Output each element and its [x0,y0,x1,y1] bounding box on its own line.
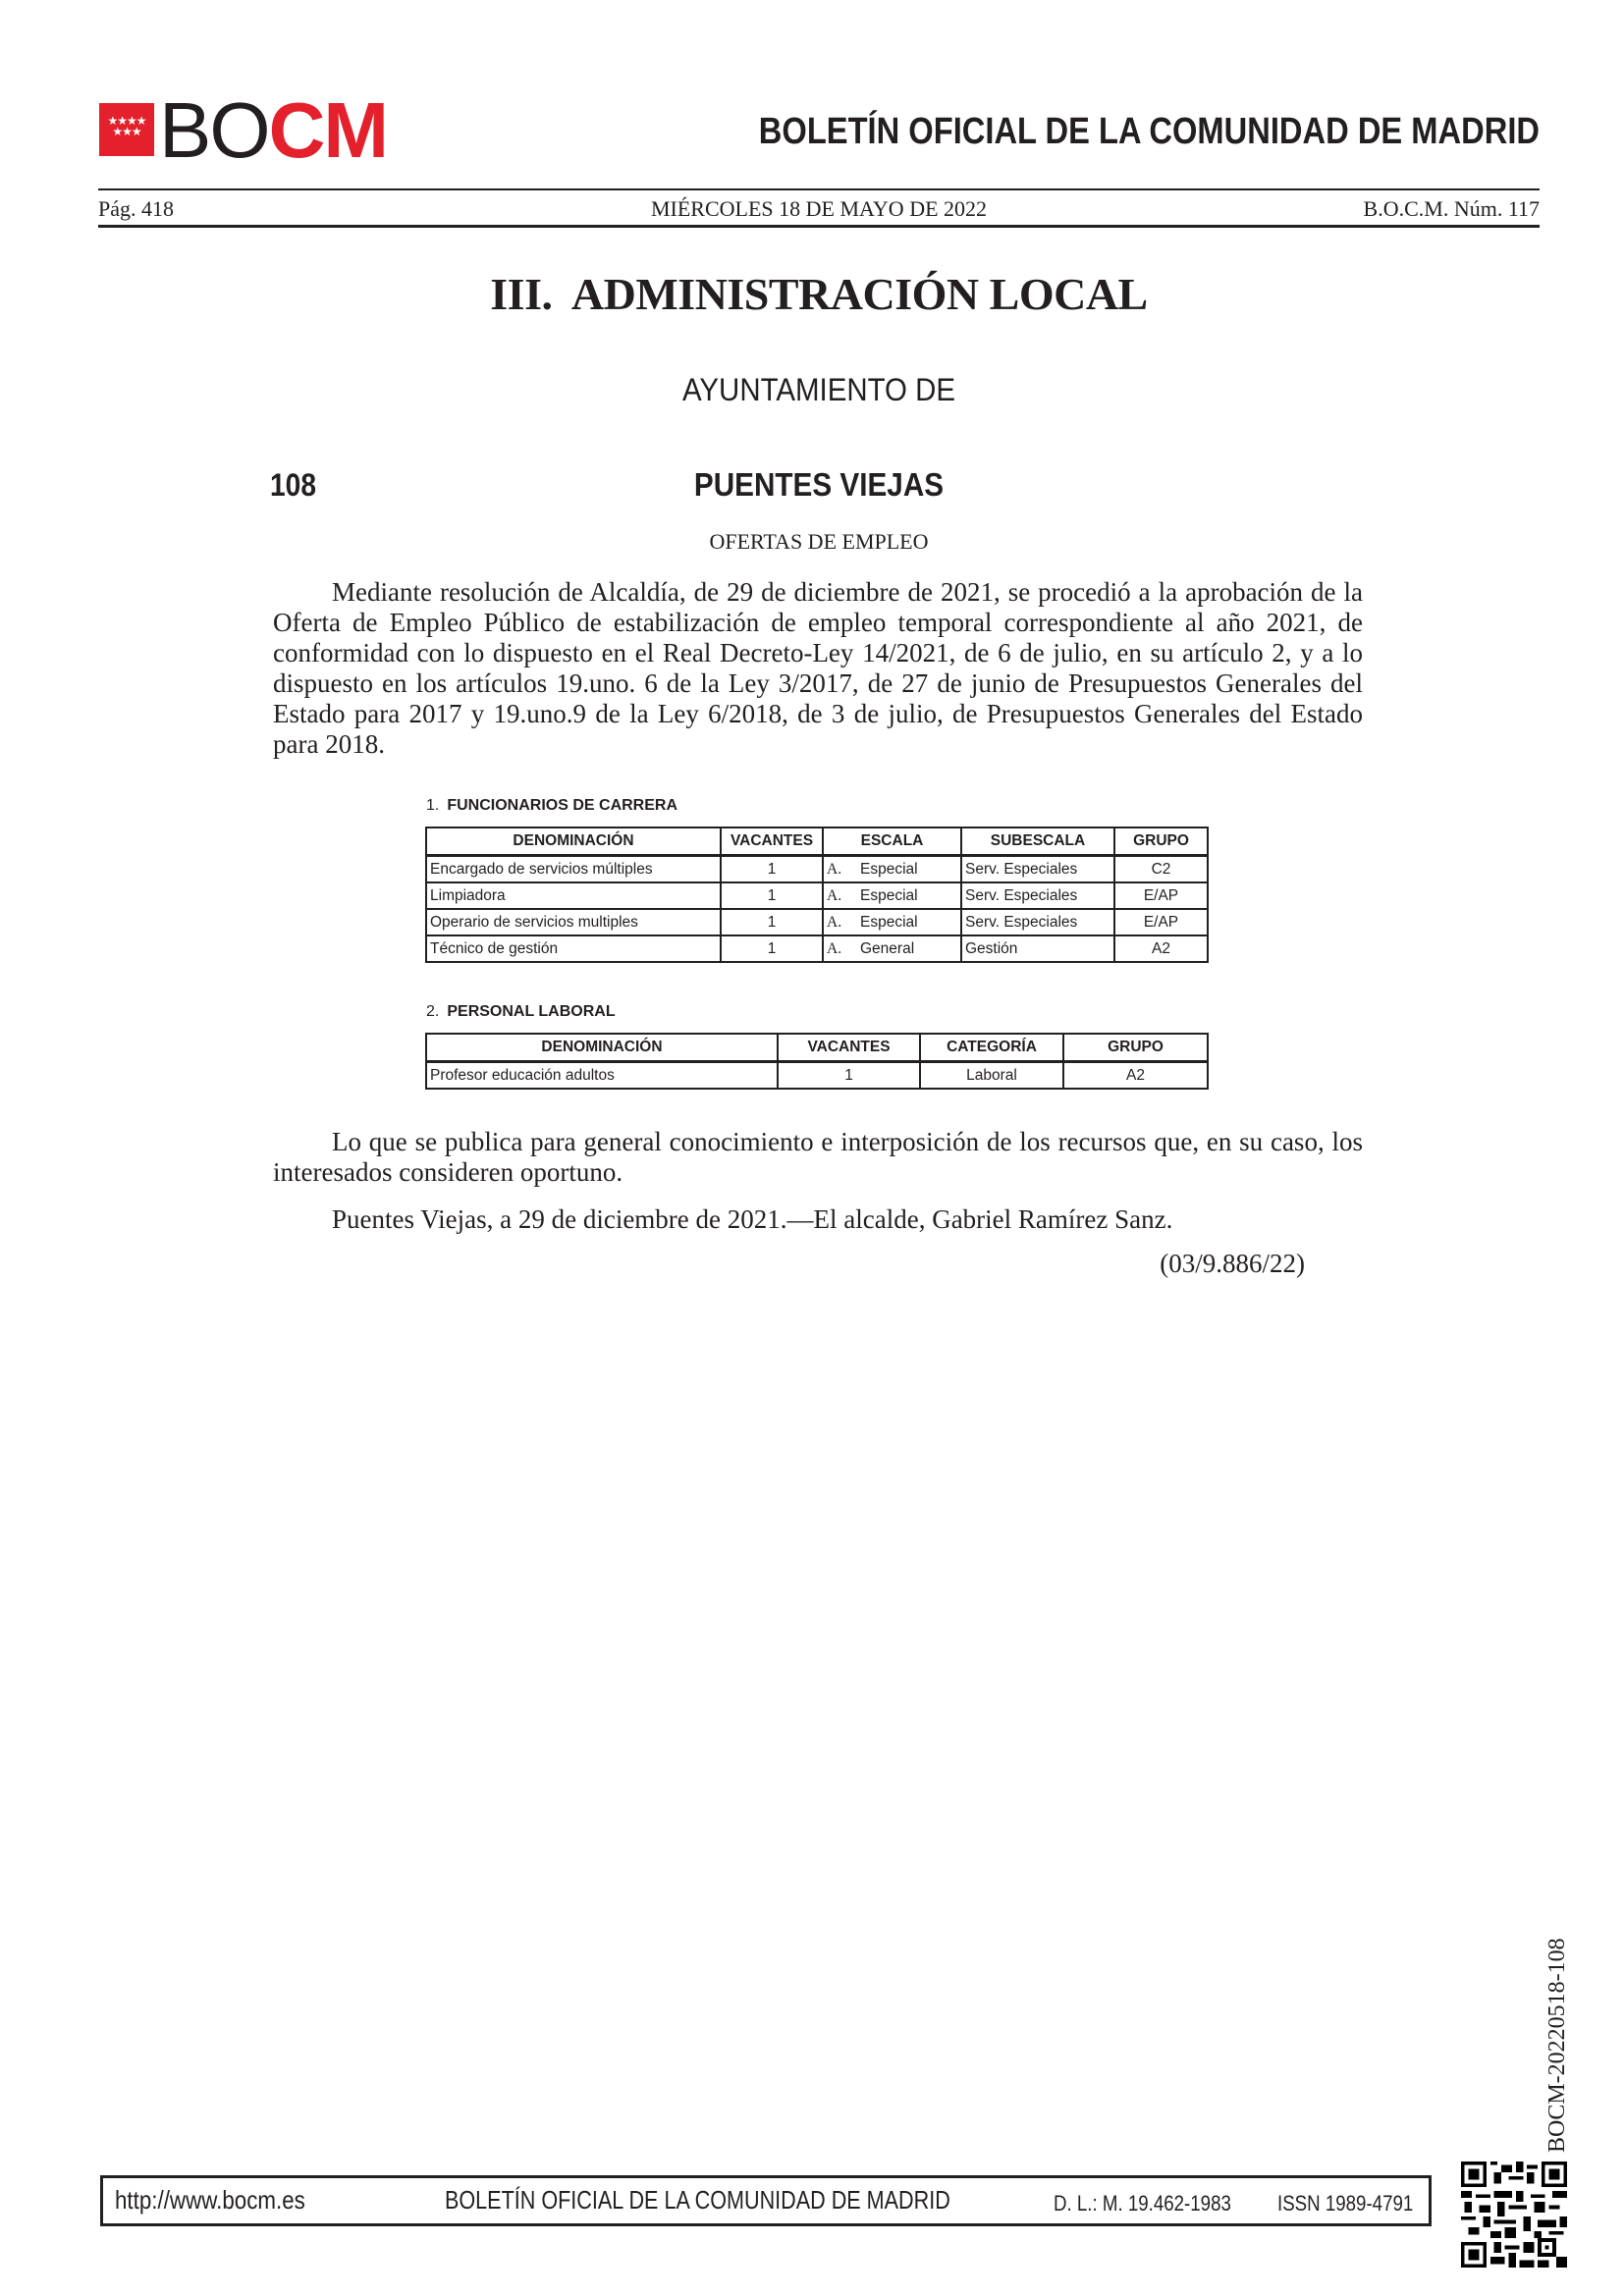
escala-value: General [860,940,914,957]
column-header: GRUPO [1114,828,1208,856]
column-header: SUBESCALA [961,828,1114,856]
table1-title: FUNCIONARIOS DE CARRERA [447,797,677,814]
closing-text: Lo que se publica para general conocimie… [273,1127,1363,1187]
column-header: GRUPO [1063,1034,1208,1062]
intro-text: Mediante resolución de Alcaldía, de 29 d… [273,577,1363,759]
cell-escala: A.Especial [823,909,961,935]
cell-escala: A.Especial [823,882,961,909]
table-row: Técnico de gestión 1 A.General Gestión A… [426,935,1208,962]
cell-denominacion: Limpiadora [426,882,721,909]
table2-title: PERSONAL LABORAL [447,1003,615,1020]
logo-text-cm: CM [269,86,387,174]
escala-value: Especial [860,914,918,931]
escala-prefix: A. [827,914,860,932]
cell-grupo: E/AP [1114,882,1208,909]
header-rule-bottom [98,225,1540,228]
section-title: III. ADMINISTRACIÓN LOCAL [0,267,1624,322]
header-rule-top [98,188,1540,190]
cell-subescala: Serv. Especiales [961,909,1114,935]
cell-vacantes: 1 [721,909,823,935]
document-type: OFERTAS DE EMPLEO [0,528,1624,556]
cell-vacantes: 1 [778,1062,920,1090]
cell-subescala: Serv. Especiales [961,882,1114,909]
cell-vacantes: 1 [721,882,823,909]
cell-denominacion: Profesor educación adultos [426,1062,778,1090]
personal-laboral-table: DENOMINACIÓN VACANTES CATEGORÍA GRUPO Pr… [425,1033,1209,1090]
escala-value: Especial [860,861,918,878]
cell-subescala: Serv. Especiales [961,856,1114,883]
cell-vacantes: 1 [721,935,823,962]
escala-prefix: A. [827,887,860,905]
stars-icon: ★★★★★★★ [104,116,149,137]
column-header: DENOMINACIÓN [426,828,721,856]
funcionarios-table: DENOMINACIÓN VACANTES ESCALA SUBESCALA G… [425,827,1209,963]
column-header: ESCALA [823,828,961,856]
footer-title: BOLETÍN OFICIAL DE LA COMUNIDAD DE MADRI… [445,2185,950,2215]
logo-text-bo: BO [159,86,269,174]
table-header-row: DENOMINACIÓN VACANTES CATEGORÍA GRUPO [426,1034,1208,1062]
issue-number: B.O.C.M. Núm. 117 [1364,195,1540,223]
cell-vacantes: 1 [721,856,823,883]
escala-value: Especial [860,887,918,904]
intro-paragraph: Mediante resolución de Alcaldía, de 29 d… [273,577,1363,760]
table-header-row: DENOMINACIÓN VACANTES ESCALA SUBESCALA G… [426,828,1208,856]
closing-paragraph: Lo que se publica para general conocimie… [273,1127,1363,1188]
ayuntamiento-label: AYUNTAMIENTO DE [66,371,1573,408]
bocm-logo: BOCM [159,86,387,175]
table1-label: 1.FUNCIONARIOS DE CARRERA [426,796,677,816]
footer-url-link[interactable]: http://www.bocm.es [115,2185,305,2215]
column-header: DENOMINACIÓN [426,1034,778,1062]
column-header: CATEGORÍA [920,1034,1063,1062]
document-id-vertical: BOCM-20220518-108 [1545,1938,1569,2153]
footer-issn: ISSN 1989-4791 [1277,2189,1413,2218]
cell-denominacion: Técnico de gestión [426,935,721,962]
table2-label: 2.PERSONAL LABORAL [426,1002,616,1022]
table-row: Operario de servicios multiples 1 A.Espe… [426,909,1208,935]
column-header: VACANTES [721,828,823,856]
table-row: Encargado de servicios múltiples 1 A.Esp… [426,856,1208,883]
cell-grupo: E/AP [1114,909,1208,935]
cell-grupo: A2 [1114,935,1208,962]
column-header: VACANTES [778,1034,920,1062]
municipality-name: PUENTES VIEJAS [81,465,1555,505]
qr-code-icon [1461,2162,1567,2268]
cell-categoria: Laboral [920,1062,1063,1090]
cell-grupo: A2 [1063,1062,1208,1090]
escala-prefix: A. [827,861,860,879]
table1-number: 1. [426,797,439,814]
signature-line: Puentes Viejas, a 29 de diciembre de 202… [332,1204,1172,1235]
reference-code: (03/9.886/22) [1160,1249,1305,1279]
footer-deposito-legal: D. L.: M. 19.462-1983 [1054,2189,1231,2218]
table-row: Profesor educación adultos 1 Laboral A2 [426,1062,1208,1090]
cell-denominacion: Encargado de servicios múltiples [426,856,721,883]
comunidad-madrid-stars-icon: ★★★★★★★ [99,103,154,156]
masthead-title: BOLETÍN OFICIAL DE LA COMUNIDAD DE MADRI… [731,108,1540,155]
table-row: Limpiadora 1 A.Especial Serv. Especiales… [426,882,1208,909]
cell-subescala: Gestión [961,935,1114,962]
cell-denominacion: Operario de servicios multiples [426,909,721,935]
cell-grupo: C2 [1114,856,1208,883]
cell-escala: A.General [823,935,961,962]
escala-prefix: A. [827,940,860,958]
cell-escala: A.Especial [823,856,961,883]
table2-number: 2. [426,1003,439,1020]
